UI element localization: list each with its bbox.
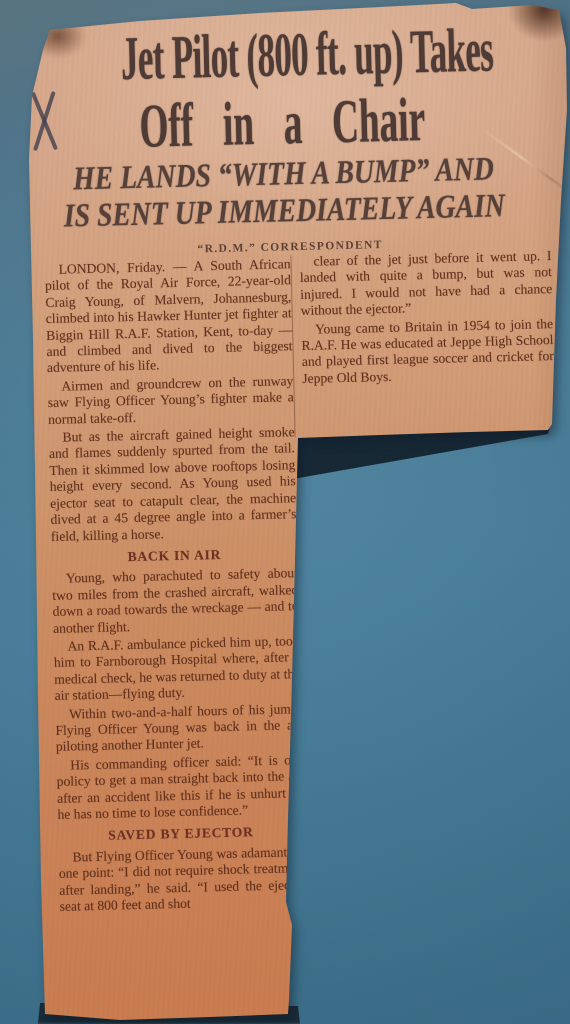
article-paragraph: Young, who parachuted to safety about tw… (52, 565, 299, 636)
headline-line2: Off in a Chair (111, 88, 454, 158)
section-subhead: SAVED BY EJECTOR (58, 823, 304, 845)
headline-line1: Jet Pilot (800 ft. up) Takes (120, 21, 441, 91)
newspaper-clipping: Jet Pilot (800 ft. up) Takes Off in a Ch… (0, 0, 570, 1024)
newspaper-clipping-wrap: Jet Pilot (800 ft. up) Takes Off in a Ch… (0, 0, 570, 1024)
section-subhead: BACK IN AIR (51, 545, 297, 567)
article-paragraph: Within two-and-a-half hours of his jump,… (55, 701, 302, 756)
article-paragraph: LONDON, Friday. — A South African pilot … (44, 256, 293, 377)
subheadline-line2: IS SENT UP IMMEDIATELY AGAIN (45, 190, 524, 234)
article-paragraph: His commanding officer said: “It is our … (56, 752, 303, 823)
clipping-content: Jet Pilot (800 ft. up) Takes Off in a Ch… (0, 0, 570, 1024)
article-column-right: clear of the jet just before it went up.… (299, 248, 554, 389)
handwritten-x-mark (21, 89, 66, 152)
article-paragraph: But Flying Officer Young was adamant on … (58, 844, 305, 915)
article-paragraph: An R.A.F. ambulance picked him up, took … (53, 633, 300, 704)
article-column-left: LONDON, Friday. — A South African pilot … (44, 256, 305, 917)
article-paragraph: clear of the jet just before it went up.… (299, 248, 552, 320)
article-paragraph: But as the aircraft gained height smoke … (48, 424, 297, 545)
photo-background: Jet Pilot (800 ft. up) Takes Off in a Ch… (0, 0, 570, 1024)
article-paragraph: Airmen and groundcrew on the runway saw … (47, 373, 294, 428)
article-paragraph: Young came to Britain in 1954 to join th… (301, 316, 554, 388)
